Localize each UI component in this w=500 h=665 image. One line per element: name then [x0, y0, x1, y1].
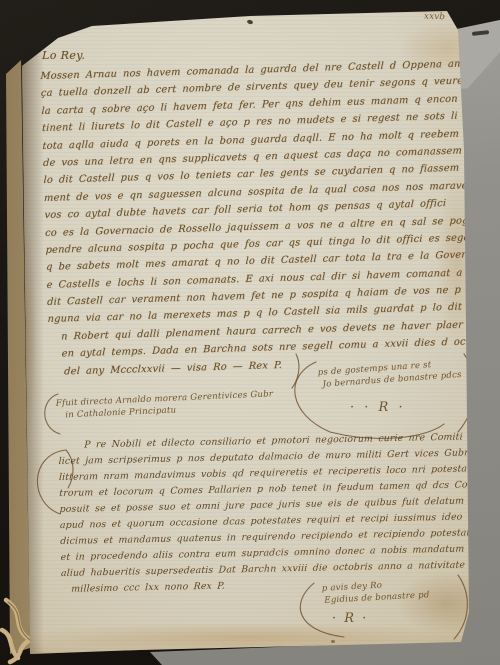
letter1-body: Mossen Arnau nos havem comanada la guard…	[40, 58, 473, 383]
folio-number: xxvb	[424, 12, 445, 23]
ink-speck	[246, 19, 253, 25]
notarial-paraph: · · R ·	[350, 400, 406, 415]
royal-salutation: Lo Rey.	[42, 49, 85, 62]
manuscript-page: xxvb Lo Rey. Mossen Arnau nos havem coma…	[0, 0, 500, 665]
manuscript-photo: xxvb Lo Rey. Mossen Arnau nos havem coma…	[0, 0, 500, 665]
notarial-paraph: · R ·	[332, 611, 368, 626]
registration-note: Ffuit directa Arnaldo morera Gerentivice…	[56, 389, 274, 420]
